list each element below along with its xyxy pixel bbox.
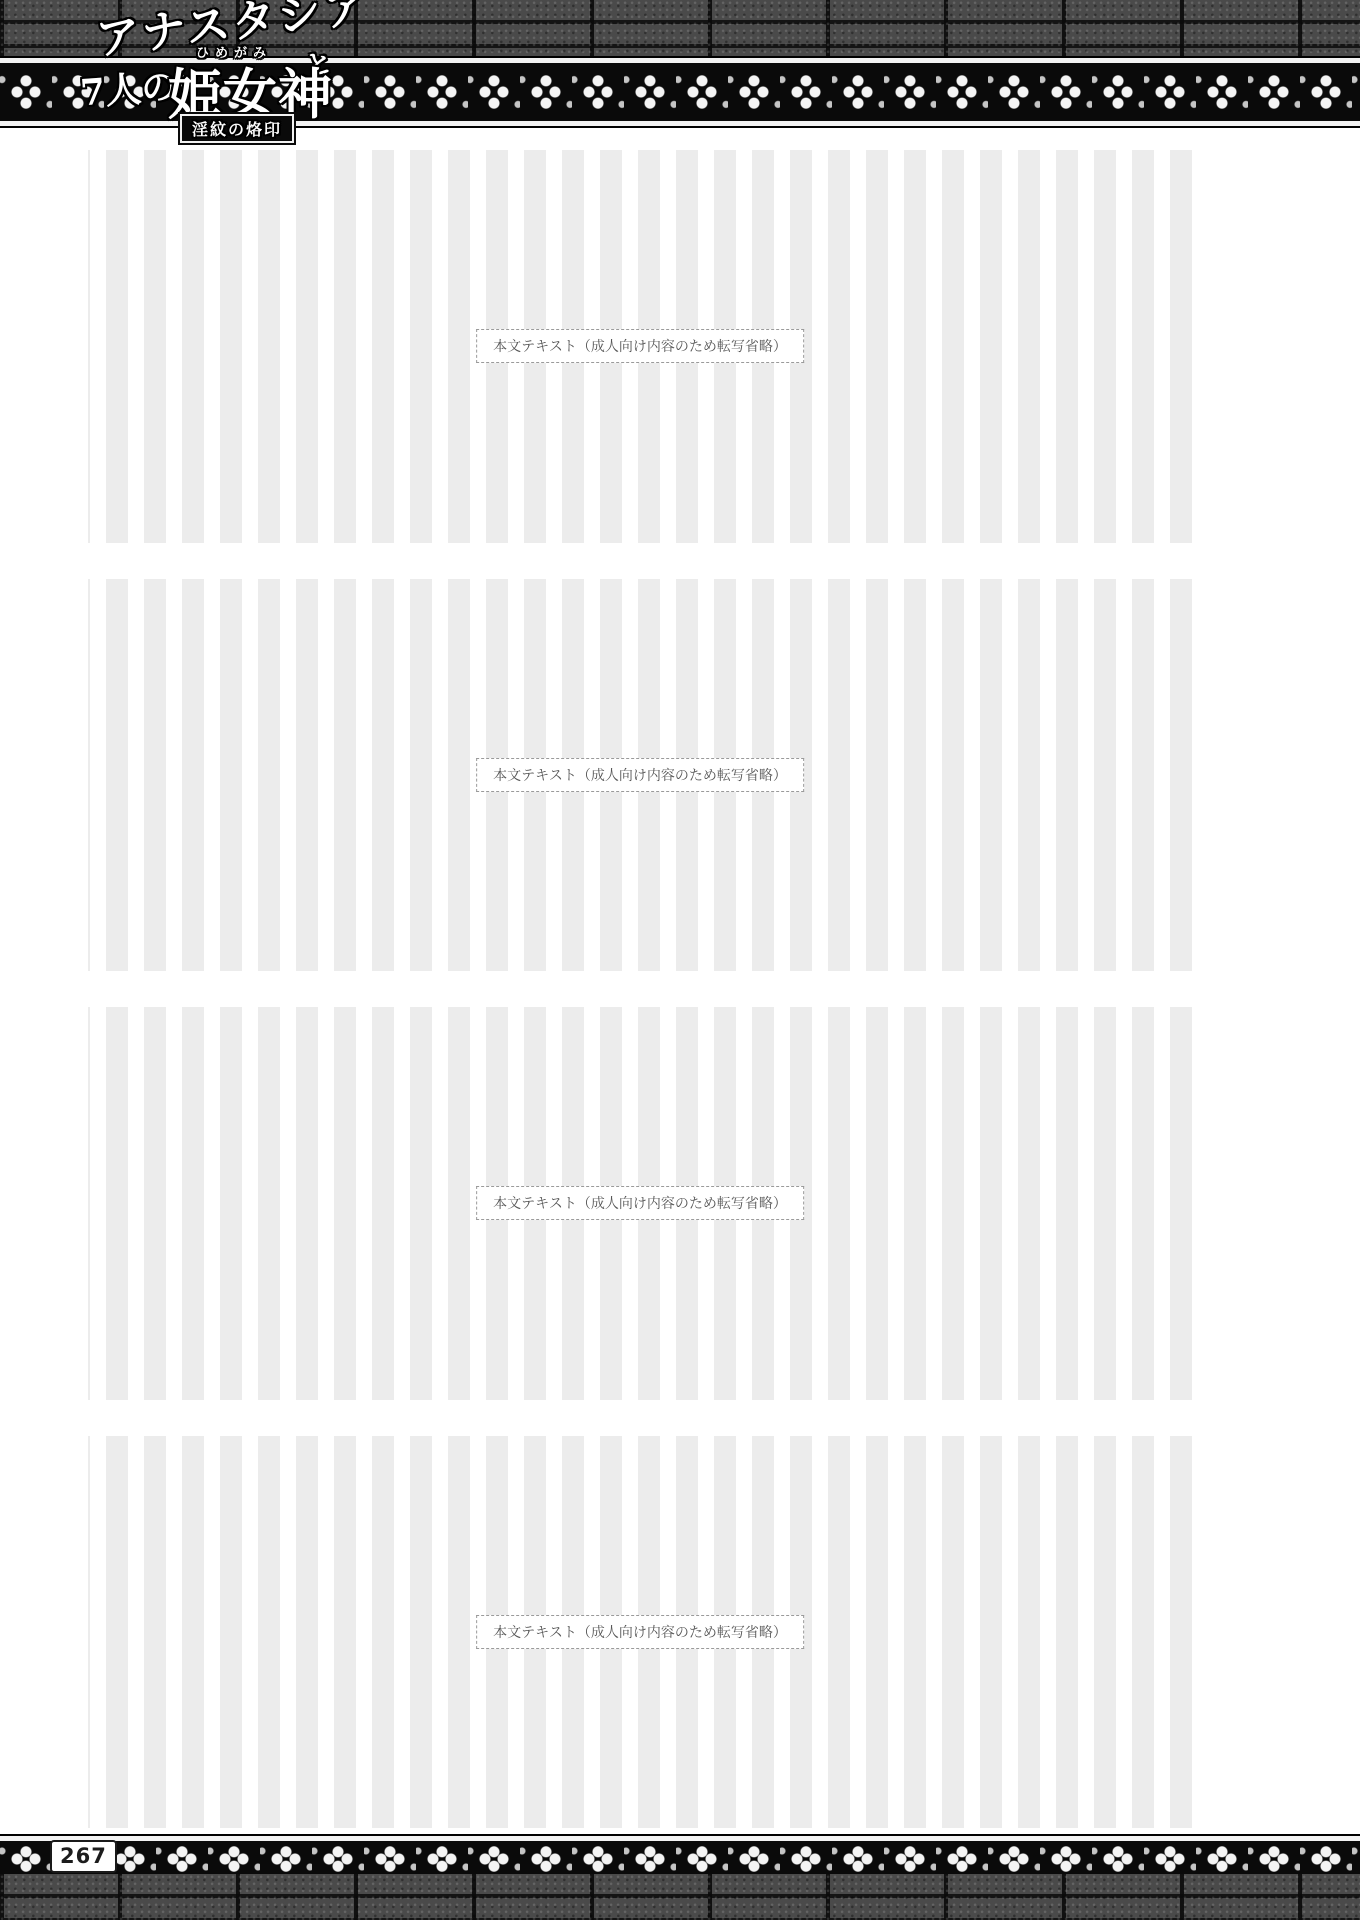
text-band-1: 本文テキスト（成人向け内容のため転写省略） bbox=[88, 150, 1192, 543]
text-band-3: 本文テキスト（成人向け内容のため転写省略） bbox=[88, 1007, 1192, 1400]
brick-texture-bottom bbox=[0, 1874, 1360, 1920]
redaction-notice: 本文テキスト（成人向け内容のため転写省略） bbox=[476, 758, 804, 792]
redaction-notice: 本文テキスト（成人向け内容のため転写省略） bbox=[476, 1186, 804, 1220]
page-text-area: 本文テキスト（成人向け内容のため転写省略） 本文テキスト（成人向け内容のため転写… bbox=[88, 150, 1192, 1828]
page-number-badge: 267 bbox=[50, 1840, 117, 1873]
logo-subtitle-badge: 淫紋の烙印 bbox=[180, 114, 294, 143]
logo-title-prefix: 7人の bbox=[78, 59, 178, 117]
title-logo: アナスタシア と 7人の ひめがみ 姫女神 淫紋の烙印 bbox=[0, 0, 420, 150]
text-band-2: 本文テキスト（成人向け内容のため転写省略） bbox=[88, 579, 1192, 972]
redaction-notice: 本文テキスト（成人向け内容のため転写省略） bbox=[476, 329, 804, 363]
text-band-4: 本文テキスト（成人向け内容のため転写省略） bbox=[88, 1436, 1192, 1829]
redaction-notice: 本文テキスト（成人向け内容のため転写省略） bbox=[476, 1615, 804, 1649]
